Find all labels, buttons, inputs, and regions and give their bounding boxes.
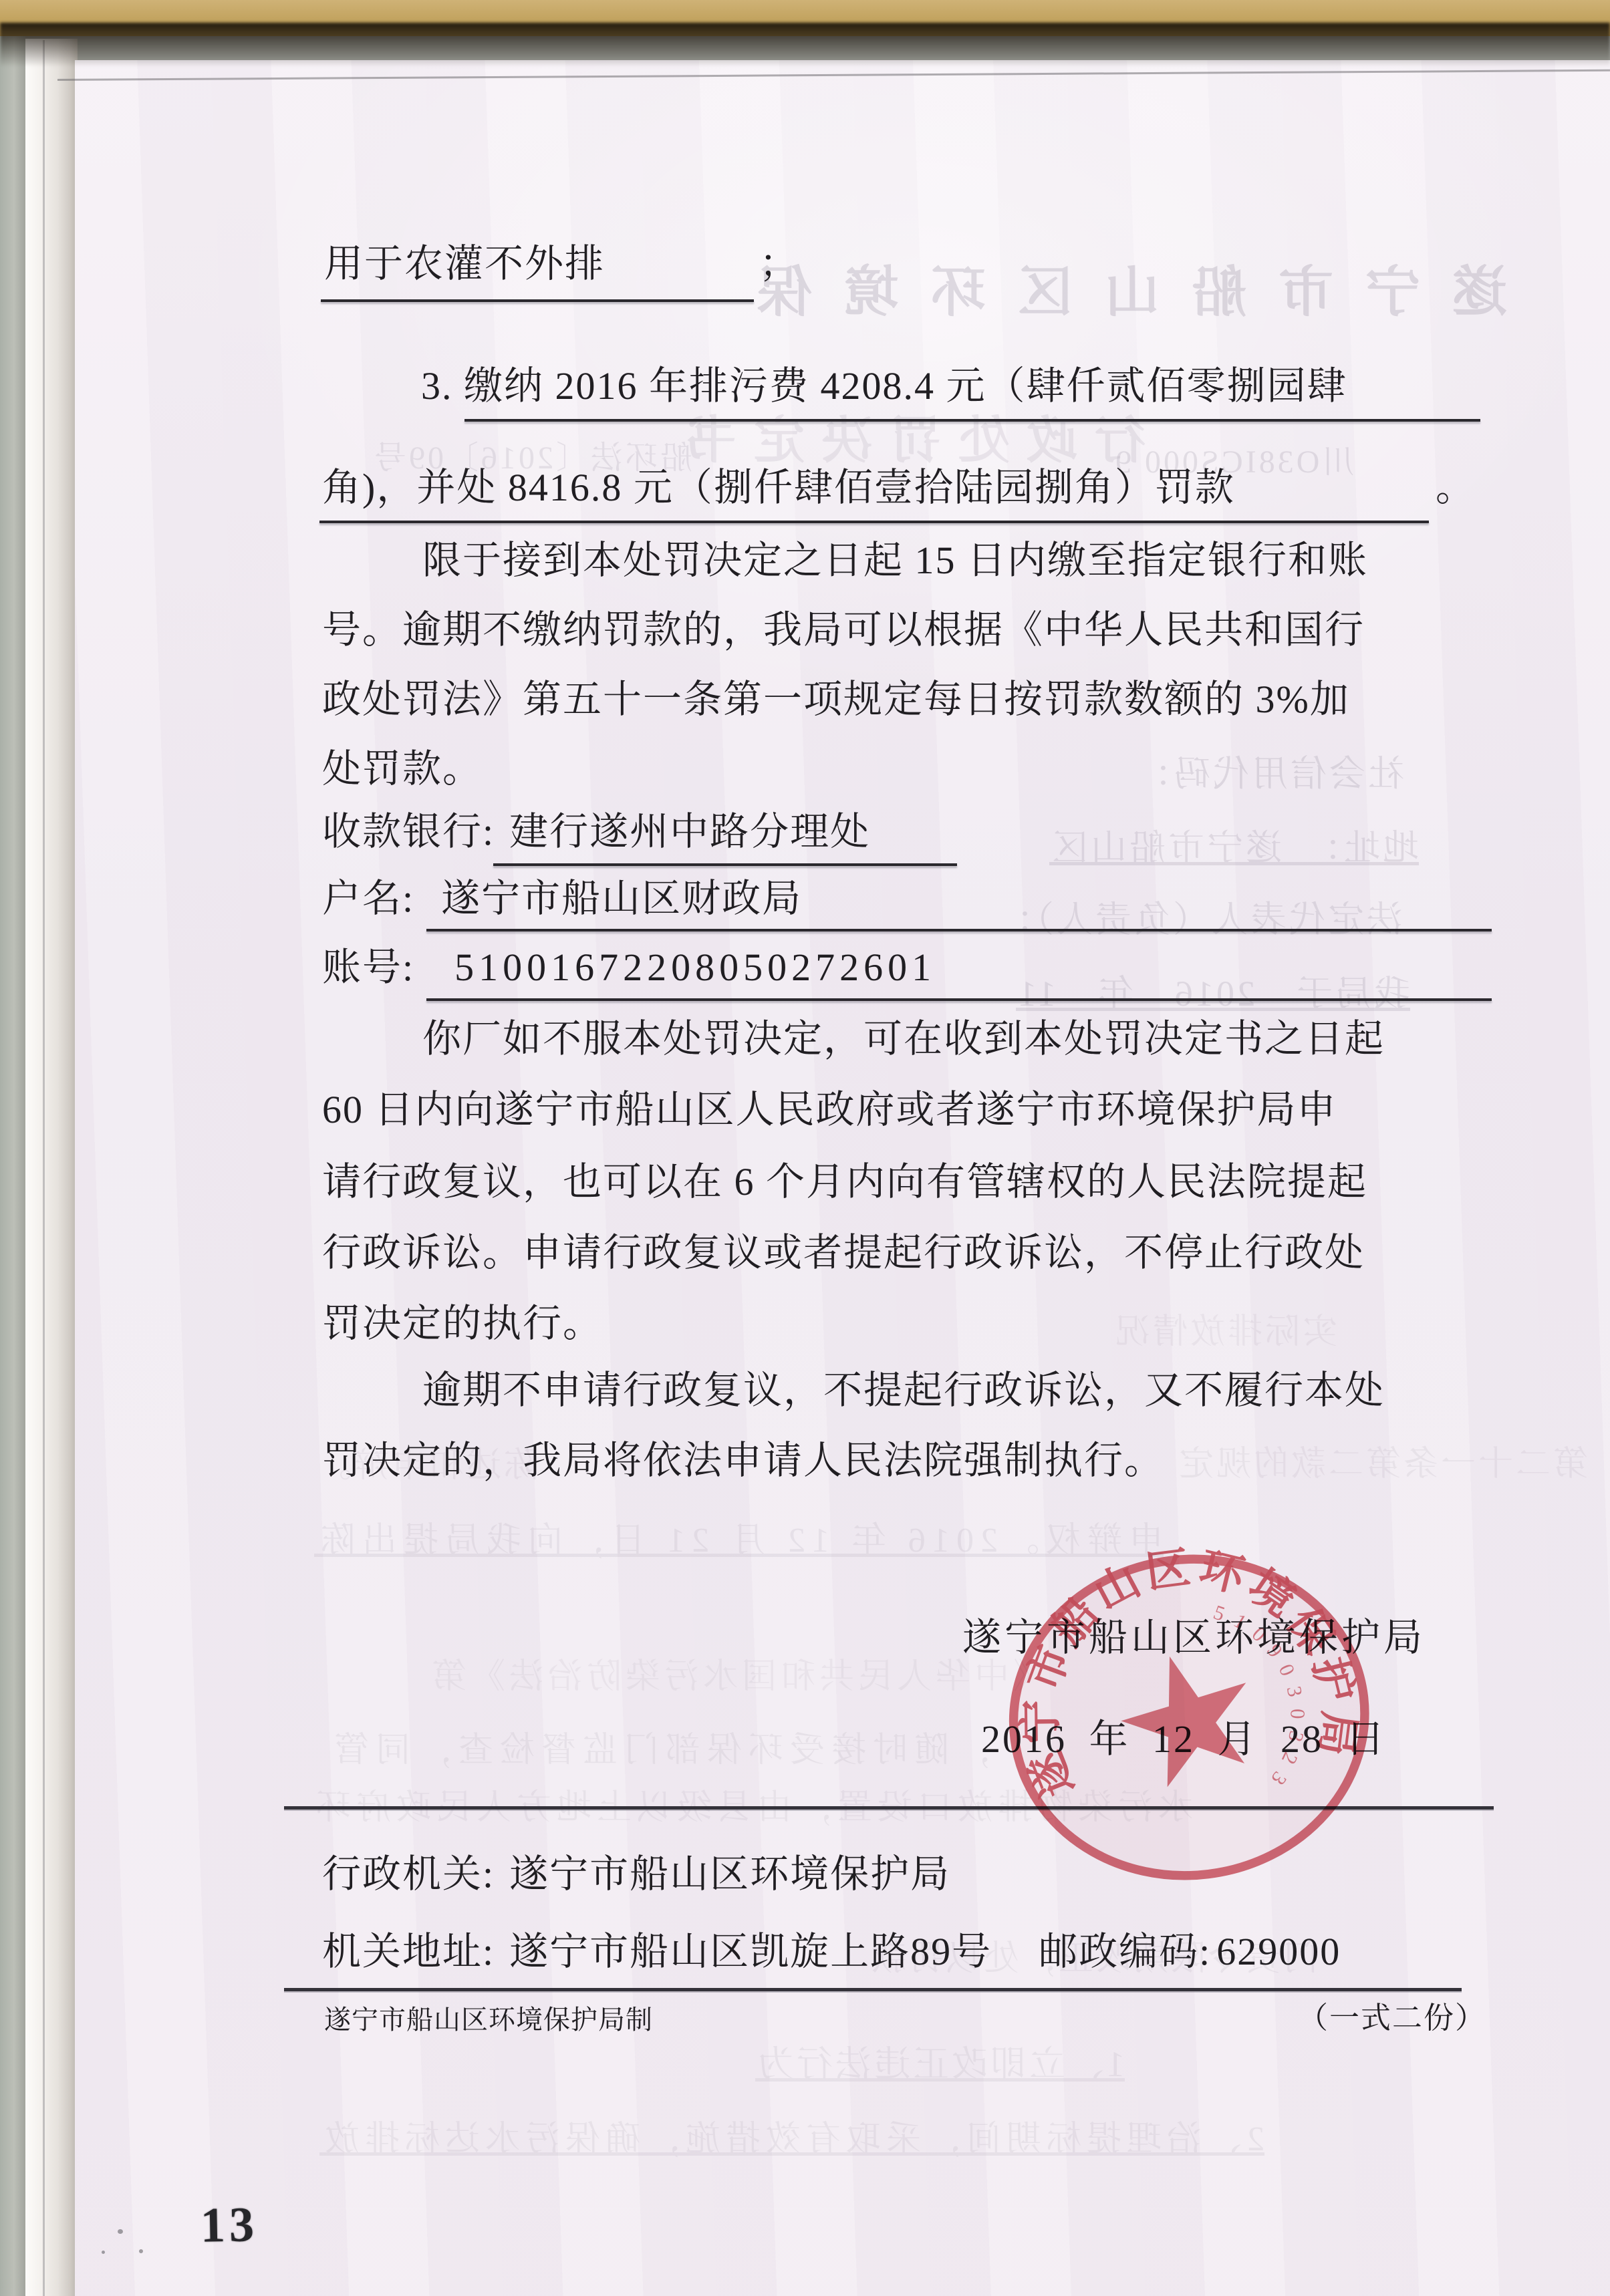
ink-speck <box>102 2251 105 2254</box>
enforcement-para-line: 罚决定的，我局将依法申请人民法院强制执行。 <box>322 1439 1164 1483</box>
bleedthrough-text: 我局于 2016 年 11 <box>1016 965 1410 1016</box>
scanned-penalty-decision-page: { "colors": { "paper": "#f2ecf3", "folde… <box>0 0 1610 2296</box>
account-number-value: 51001672208050272601 <box>454 946 936 989</box>
agency-row: 行政机关:遂宁市船山区环境保护局 <box>322 1852 950 1897</box>
footer-issuing-office: 遂宁市船山区环境保护局制 <box>324 2005 653 2035</box>
account-number-row: 账号:51001672208050272601 <box>322 946 936 990</box>
scanner-background-strip <box>0 0 25 2296</box>
bleedthrough-text: 第二十一条第二款的规定 <box>1176 1435 1588 1485</box>
divider-rule <box>284 1988 1462 1991</box>
bleedthrough-text: 法定代表人（负责人）： <box>994 891 1403 942</box>
scan-shadow <box>0 23 1610 67</box>
underline-rule <box>319 521 1429 523</box>
agency-value: 遂宁市船山区环境保护局 <box>509 1852 950 1896</box>
payment-para-line: 号。逾期不缴纳罚款的，我局可以根据《中华人民共和国行 <box>322 608 1365 653</box>
ink-speck <box>139 2249 143 2253</box>
page-number-stamp: 13 <box>200 2196 258 2254</box>
bleedthrough-text: ，随时接受环保部门监督检查，同管 <box>327 1721 990 1771</box>
appeal-para-line: 行政诉讼。申请行政复议或者提起行政诉讼，不停止行政处 <box>322 1231 1365 1276</box>
address-row: 机关地址:遂宁市船山区凯旋上路89号邮政编码:629000 <box>322 1930 1341 1975</box>
appeal-para-line: 请行政复议，也可以在 6 个月内向有管辖权的人民法院提起 <box>322 1160 1367 1205</box>
account-name-label: 户名: <box>322 877 414 920</box>
enforcement-para-line: 逾期不申请行政复议，不提起行政诉讼，又不履行本处 <box>422 1369 1385 1413</box>
appeal-para-line: 你厂如不服本处罚决定，可在收到本处罚决定书之日起 <box>422 1017 1385 1062</box>
account-name-row: 户名:遂宁市船山区财政局 <box>322 877 802 921</box>
bleedthrough-text: 遂宁市船山区环境保 <box>725 249 1507 327</box>
underline-rule <box>321 299 754 302</box>
underline-rule <box>426 929 1492 931</box>
underline-rule <box>493 863 957 866</box>
account-name-value: 遂宁市船山区财政局 <box>441 877 802 920</box>
item3-line2: 角)，并处 8416.8 元（捌仟肆佰壹拾陆园捌角）罚款 <box>322 466 1235 511</box>
item2-tail-text: 用于农灌不外排 <box>324 242 605 287</box>
appeal-para-line: 60 日内向遂宁市船山区人民政府或者遂宁市环境保护局申 <box>322 1088 1337 1133</box>
item3-line1: 3. 缴纳 2016 年排污费 4208.4 元（肆仟贰佰零捌园肆 <box>421 364 1347 409</box>
postcode-value: 629000 <box>1216 1930 1341 1973</box>
page-stack-crease <box>43 40 45 2296</box>
appeal-para-line: 罚决定的执行。 <box>322 1302 603 1346</box>
page-stack-edge <box>25 39 78 2296</box>
underline-rule <box>464 419 1480 422</box>
bank-label: 收款银行: <box>322 810 495 853</box>
item2-punctuation: ； <box>759 242 799 287</box>
ink-speck <box>118 2229 123 2234</box>
payment-para-line: 处罚款。 <box>322 747 483 792</box>
payment-para-line: 限于接到本处罚决定之日起 15 日内缴至指定银行和账 <box>422 539 1368 583</box>
bleedthrough-text: 行政处罚决定书 <box>668 400 1146 472</box>
agency-label: 行政机关: <box>322 1852 495 1896</box>
bleedthrough-text: 社会信用代码： <box>1133 745 1404 797</box>
item3-punctuation: 。 <box>1436 466 1476 511</box>
bleedthrough-text: 《中华人民共和国水污染防治法》第 <box>428 1648 1048 1698</box>
address-label: 机关地址: <box>322 1930 495 1973</box>
payment-para-line: 政处罚法》第五十一条第一项规定每日按罚款数额的 3%加 <box>322 678 1350 722</box>
footer-copies-note: （一式二份） <box>1298 2001 1486 2036</box>
bleedthrough-text: 地址： 遂宁市船山区 <box>1049 819 1419 871</box>
bleedthrough-text: 2、治理提标期间，采取有效措施，确保污水达标排放 <box>319 2110 1264 2160</box>
bank-value: 建行遂州中路分理处 <box>509 810 870 853</box>
bleedthrough-text: 实际排放情况 <box>1113 1303 1337 1353</box>
bleedthrough-text: 申辩权。2016 年 12 月 21 日，向我局提出陈 <box>314 1512 1164 1562</box>
account-number-label: 账号: <box>322 946 414 989</box>
bleedthrough-text: 1、立即改正违法行为 <box>755 2035 1125 2087</box>
postcode-label: 邮政编码: <box>1039 1930 1211 1973</box>
underline-rule <box>426 998 1492 1001</box>
address-value: 遂宁市船山区凯旋上路89号 <box>509 1930 992 1973</box>
bank-row: 收款银行:建行遂州中路分理处 <box>322 810 870 855</box>
official-seal: 遂宁市船山区环境保护局 5109030323 <box>982 1524 1396 1914</box>
